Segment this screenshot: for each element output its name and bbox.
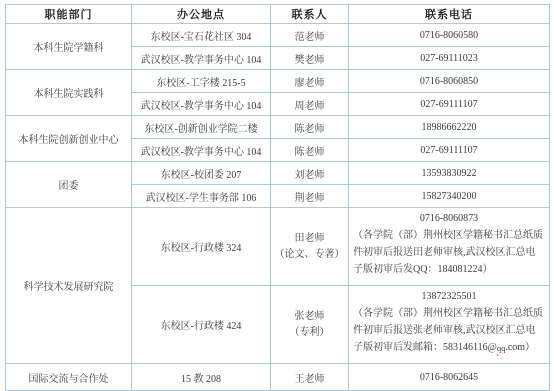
phone-cell: 0716-8060873 （各学院（部）荆州校区学籍秘书汇总纸质件初审后报送田老… — [349, 208, 550, 286]
location-cell: 东校区-创新创业学院二楼 — [132, 116, 271, 139]
location-cell: 东校区-行政楼 324 — [132, 208, 271, 286]
header-phone: 联系电话 — [349, 5, 550, 24]
phone-cell: 027-69111023 — [349, 47, 550, 70]
contact-cell: 樊老师 — [271, 47, 349, 70]
header-contact-person: 联系人 — [271, 5, 349, 24]
department-cell: 本科生院学籍科 — [6, 24, 132, 70]
phone-cell: 13593830922 — [349, 162, 550, 185]
header-row: 职能部门 办公地点 联系人 联系电话 — [6, 5, 550, 24]
table-row: 本科生院实践科 东校区-工字楼 215-5 廖老师 0716-8060850 — [6, 70, 550, 93]
location-cell: 15 教 208 — [132, 364, 271, 391]
phone-number: 13872325501 — [353, 289, 545, 305]
location-cell: 东校区-校团委 207 — [132, 162, 271, 185]
department-cell: 本科生院创新创业中心 — [6, 116, 132, 162]
phone-cell: 027-69111107 — [349, 139, 550, 162]
phone-cell: 0716-8060580 — [349, 24, 550, 47]
department-cell: 本科生院实践科 — [6, 70, 132, 116]
contact-cell: 刘老师 — [271, 162, 349, 185]
table-row: 本科生院创新创业中心 东校区-创新创业学院二楼 陈老师 18986662220 — [6, 116, 550, 139]
phone-cell: 13872325501 （各学院（部）荆州校区学籍秘书汇总纸质件初审后报送张老师… — [349, 286, 550, 364]
location-cell: 东校区-行政楼 424 — [132, 286, 271, 364]
header-department: 职能部门 — [6, 5, 132, 24]
phone-cell: 027-69111107 — [349, 93, 550, 116]
contact-cell: 田老师 （论文、专著） — [271, 208, 349, 286]
contact-name: 田老师 — [273, 231, 346, 247]
location-cell: 武汉校区-教学事务中心 104 — [132, 93, 271, 116]
contact-role: （专利） — [273, 325, 346, 341]
email-domain-spellcheck: qq — [497, 343, 506, 353]
phone-cell: 0716-8060850 — [349, 70, 550, 93]
phone-number: 0716-8060873 — [353, 211, 545, 227]
contact-cell: 周老师 — [271, 93, 349, 116]
phone-cell: 18986662220 — [349, 116, 550, 139]
contact-cell: 张老师 （专利） — [271, 286, 349, 364]
phone-note: （各学院（部）荆州校区学籍秘书汇总纸质件初审后报送张老师审核,武汉校区汇总电子版… — [353, 305, 545, 356]
contact-cell: 陈老师 — [271, 116, 349, 139]
contact-cell: 范老师 — [271, 24, 349, 47]
location-cell: 武汉校区-教学事务中心 104 — [132, 47, 271, 70]
table-row: 本科生院学籍科 东校区-宝石花社区 304 范老师 0716-8060580 — [6, 24, 550, 47]
contact-role: （论文、专著） — [273, 247, 346, 263]
department-cell: 国际交流与合作处 — [6, 364, 132, 391]
contact-name: 张老师 — [273, 309, 346, 325]
location-cell: 东校区-工字楼 215-5 — [132, 70, 271, 93]
contact-cell: 王老师 — [271, 364, 349, 391]
location-cell: 武汉校区-学生事务部 106 — [132, 185, 271, 208]
contact-table-container: 职能部门 办公地点 联系人 联系电话 本科生院学籍科 东校区-宝石花社区 304… — [5, 4, 550, 391]
table-row: 国际交流与合作处 15 教 208 王老师 0716-8062645 — [6, 364, 550, 391]
table-row: 团委 东校区-校团委 207 刘老师 13593830922 — [6, 162, 550, 185]
department-cell: 科学技术发展研究院 — [6, 208, 132, 364]
header-office-location: 办公地点 — [132, 5, 271, 24]
location-cell: 东校区-宝石花社区 304 — [132, 24, 271, 47]
phone-cell: 15827340200 — [349, 185, 550, 208]
location-cell: 武汉校区-教学事务中心 104 — [132, 139, 271, 162]
note-text: .com） — [505, 342, 535, 353]
contact-cell: 荆老师 — [271, 185, 349, 208]
phone-cell: 0716-8062645 — [349, 364, 550, 391]
contact-cell: 陈老师 — [271, 139, 349, 162]
department-contact-table: 职能部门 办公地点 联系人 联系电话 本科生院学籍科 东校区-宝石花社区 304… — [5, 4, 550, 391]
contact-cell: 廖老师 — [271, 70, 349, 93]
phone-note: （各学院（部）荆州校区学籍秘书汇总纸质件初审后报送田老师审核,武汉校区汇总电子版… — [353, 227, 545, 278]
table-row: 科学技术发展研究院 东校区-行政楼 324 田老师 （论文、专著） 0716-8… — [6, 208, 550, 286]
department-cell: 团委 — [6, 162, 132, 208]
